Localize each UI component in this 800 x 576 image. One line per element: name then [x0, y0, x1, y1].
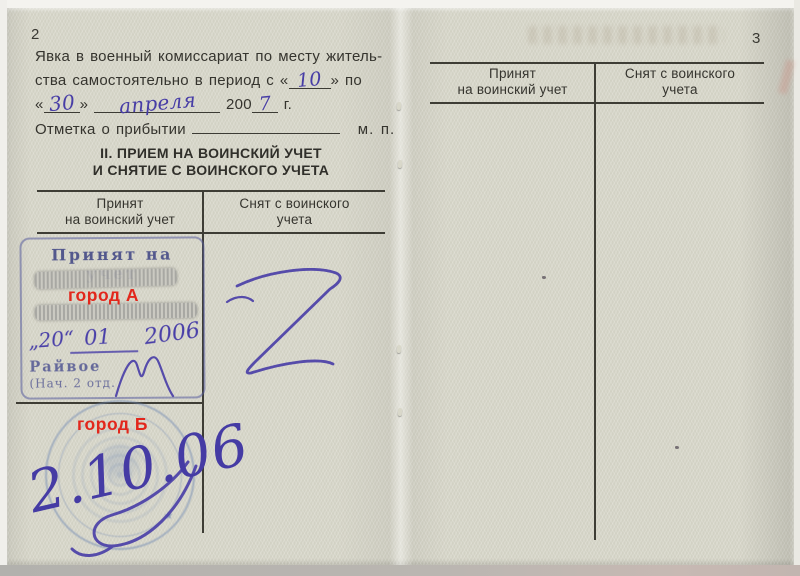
right-table-top-rule	[430, 62, 764, 64]
stamp-signature	[116, 357, 173, 396]
handwriting-ink-layer: 2.10.06	[0, 0, 420, 576]
header-col2-line1: Снят с воинского	[596, 66, 764, 82]
right-table-header-col2: Снят с воинского учета	[596, 66, 764, 98]
scan-speck	[675, 446, 679, 449]
scan-edge-right	[794, 0, 800, 576]
header-col1-line1: Принят	[430, 66, 595, 82]
city-a-overlay: город А	[68, 285, 139, 306]
military-id-scan-spread: 2 Явка в военный комиссариат по месту жи…	[0, 0, 800, 576]
scan-speck	[542, 276, 546, 279]
z-mark-hook	[227, 297, 253, 302]
z-cancellation-mark	[237, 269, 340, 373]
header-col1-line2: на воинский учет	[430, 82, 595, 98]
bleed-through-ghost	[528, 26, 724, 44]
right-table-header-col1: Принят на воинский учет	[430, 66, 595, 98]
right-table-header-rule	[430, 102, 764, 104]
city-b-overlay: город Б	[77, 414, 148, 435]
right-table-column-divider	[594, 62, 596, 540]
page-number-right: 3	[752, 30, 761, 47]
date-flourish-tail	[72, 546, 113, 555]
header-col2-line2: учета	[596, 82, 764, 98]
